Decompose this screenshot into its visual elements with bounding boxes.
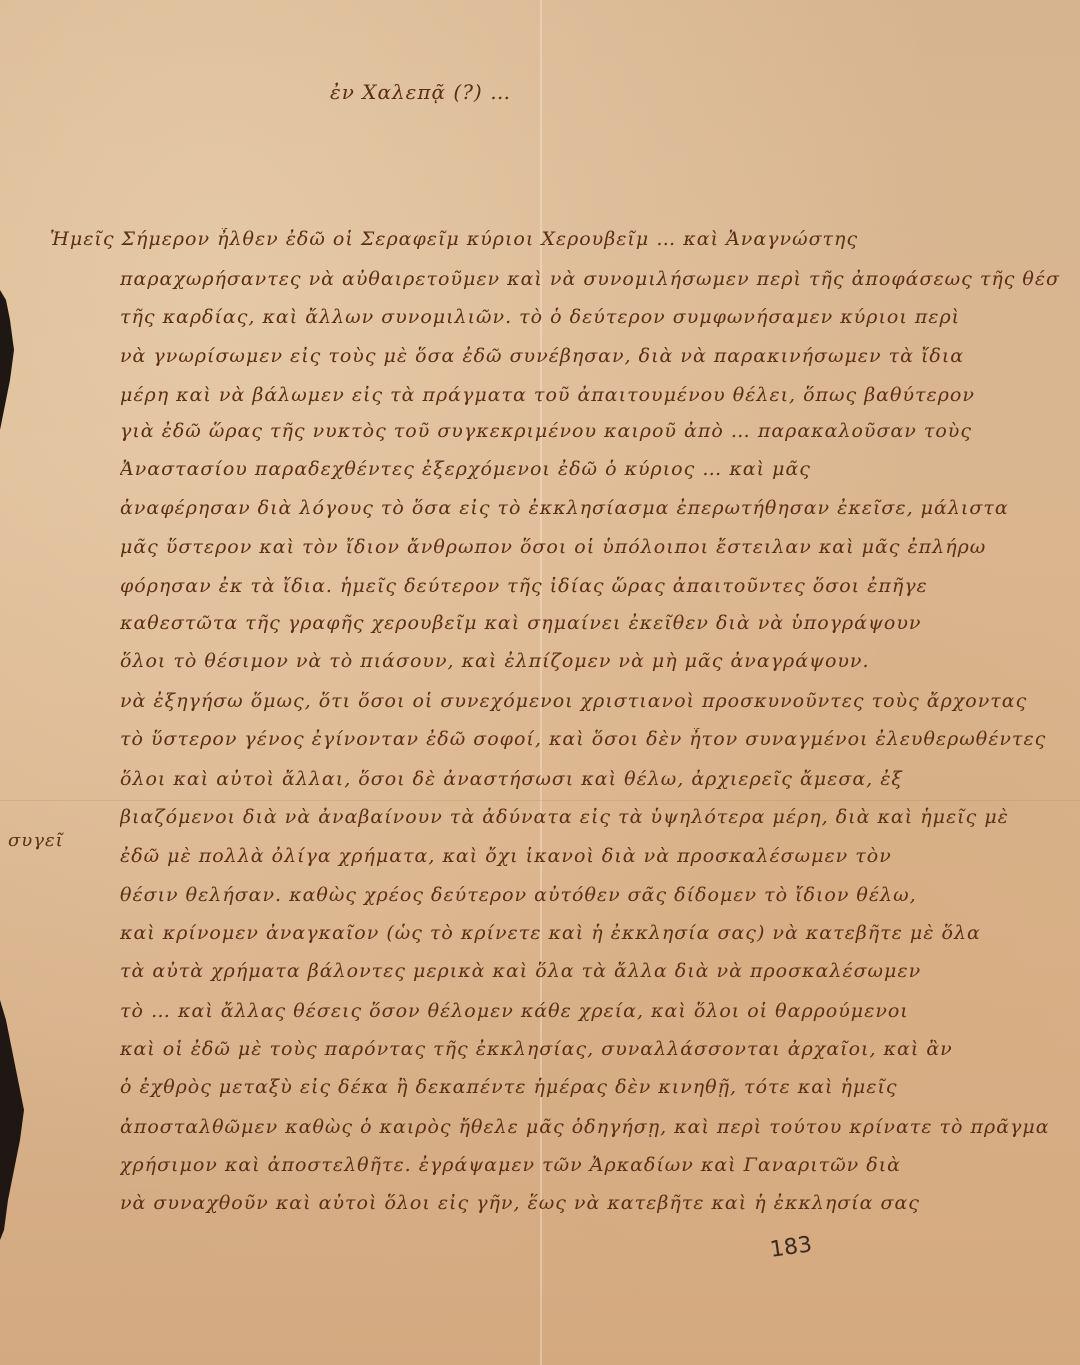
letter-heading: ἐν Χαλεπᾷ (?) … <box>330 80 511 104</box>
manuscript-line: ὁ ἐχθρὸς μεταξὺ εἰς δέκα ἢ δεκαπέντε ἡμέ… <box>120 1076 898 1098</box>
manuscript-line: ὅλοι καὶ αὐτοὶ ἄλλαι, ὅσοι δὲ ἀναστήσωσι… <box>120 768 903 790</box>
manuscript-line: γιὰ ἐδῶ ὥρας τῆς νυκτὸς τοῦ συγκεκριμένο… <box>120 420 972 442</box>
manuscript-line: Ἡμεῖς Σήμερον ἦλθεν ἐδῶ οἱ Σεραφεῖμ κύρι… <box>50 228 858 250</box>
manuscript-line: νὰ γνωρίσωμεν εἰς τοὺς μὲ ὅσα ἐδῶ συνέβη… <box>120 345 964 367</box>
manuscript-line: τὰ αὐτὰ χρήματα βάλοντες μερικὰ καὶ ὅλα … <box>120 960 921 982</box>
margin-note: συγεῖ <box>8 830 64 851</box>
manuscript-line: βιαζόμενοι διὰ νὰ ἀναβαίνουν τὰ ἀδύνατα … <box>120 806 1009 828</box>
manuscript-line: Ἀναστασίου παραδεχθέντες ἐξερχόμενοι ἐδῶ… <box>120 458 811 480</box>
manuscript-line: ὅλοι τὸ θέσιμον νὰ τὸ πιάσουν, καὶ ἐλπίζ… <box>120 650 870 672</box>
manuscript-line: χρήσιμον καὶ ἀποστελθῆτε. ἐγράψαμεν τῶν … <box>120 1154 901 1176</box>
manuscript-line: θέσιν θελήσαν. καθὼς χρέος δεύτερον αὐτό… <box>120 884 917 906</box>
manuscript-line: τὸ ὕστερον γένος ἐγίνονταν ἐδῶ σοφοί, κα… <box>120 728 1046 750</box>
manuscript-line: τῆς καρδίας, καὶ ἄλλων συνομιλιῶν. τὸ ὁ … <box>120 306 960 328</box>
manuscript-line: παραχωρήσαντες νὰ αὐθαιρετοῦμεν καὶ νὰ σ… <box>120 268 1060 290</box>
manuscript-line: ἀποσταλθῶμεν καθὼς ὁ καιρὸς ἤθελε μᾶς ὁδ… <box>120 1116 1050 1138</box>
manuscript-line: ἀναφέρησαν διὰ λόγους τὸ ὅσα εἰς τὸ ἐκκλ… <box>120 497 1009 519</box>
manuscript-line: καὶ οἱ ἐδῶ μὲ τοὺς παρόντας τῆς ἐκκλησία… <box>120 1038 953 1060</box>
manuscript-line: νὰ συναχθοῦν καὶ αὐτοὶ ὅλοι εἰς γῆν, ἕως… <box>120 1192 920 1214</box>
manuscript-line: μᾶς ὕστερον καὶ τὸν ἴδιον ἄνθρωπον ὅσοι … <box>120 536 986 558</box>
manuscript-line: φόρησαν ἐκ τὰ ἴδια. ἡμεῖς δεύτερον τῆς ἰ… <box>120 575 928 597</box>
manuscript-line: νὰ ἐξηγήσω ὅμως, ὅτι ὅσοι οἱ συνεχόμενοι… <box>120 690 1027 712</box>
manuscript-line: καὶ κρίνομεν ἀναγκαῖον (ὡς τὸ κρίνετε κα… <box>120 922 981 944</box>
manuscript-line: τὸ … καὶ ἄλλας θέσεις ὅσον θέλομεν κάθε … <box>120 1000 909 1022</box>
manuscript-line: μέρη καὶ νὰ βάλωμεν εἰς τὰ πράγματα τοῦ … <box>120 384 975 406</box>
paper-fold-horizontal <box>0 800 1080 801</box>
manuscript-line: ἐδῶ μὲ πολλὰ ὀλίγα χρήματα, καὶ ὄχι ἱκαν… <box>120 845 892 867</box>
manuscript-line: καθεστῶτα τῆς γραφῆς χερουβεῖμ καὶ σημαί… <box>120 612 921 634</box>
torn-edge-shadow <box>0 0 60 1365</box>
